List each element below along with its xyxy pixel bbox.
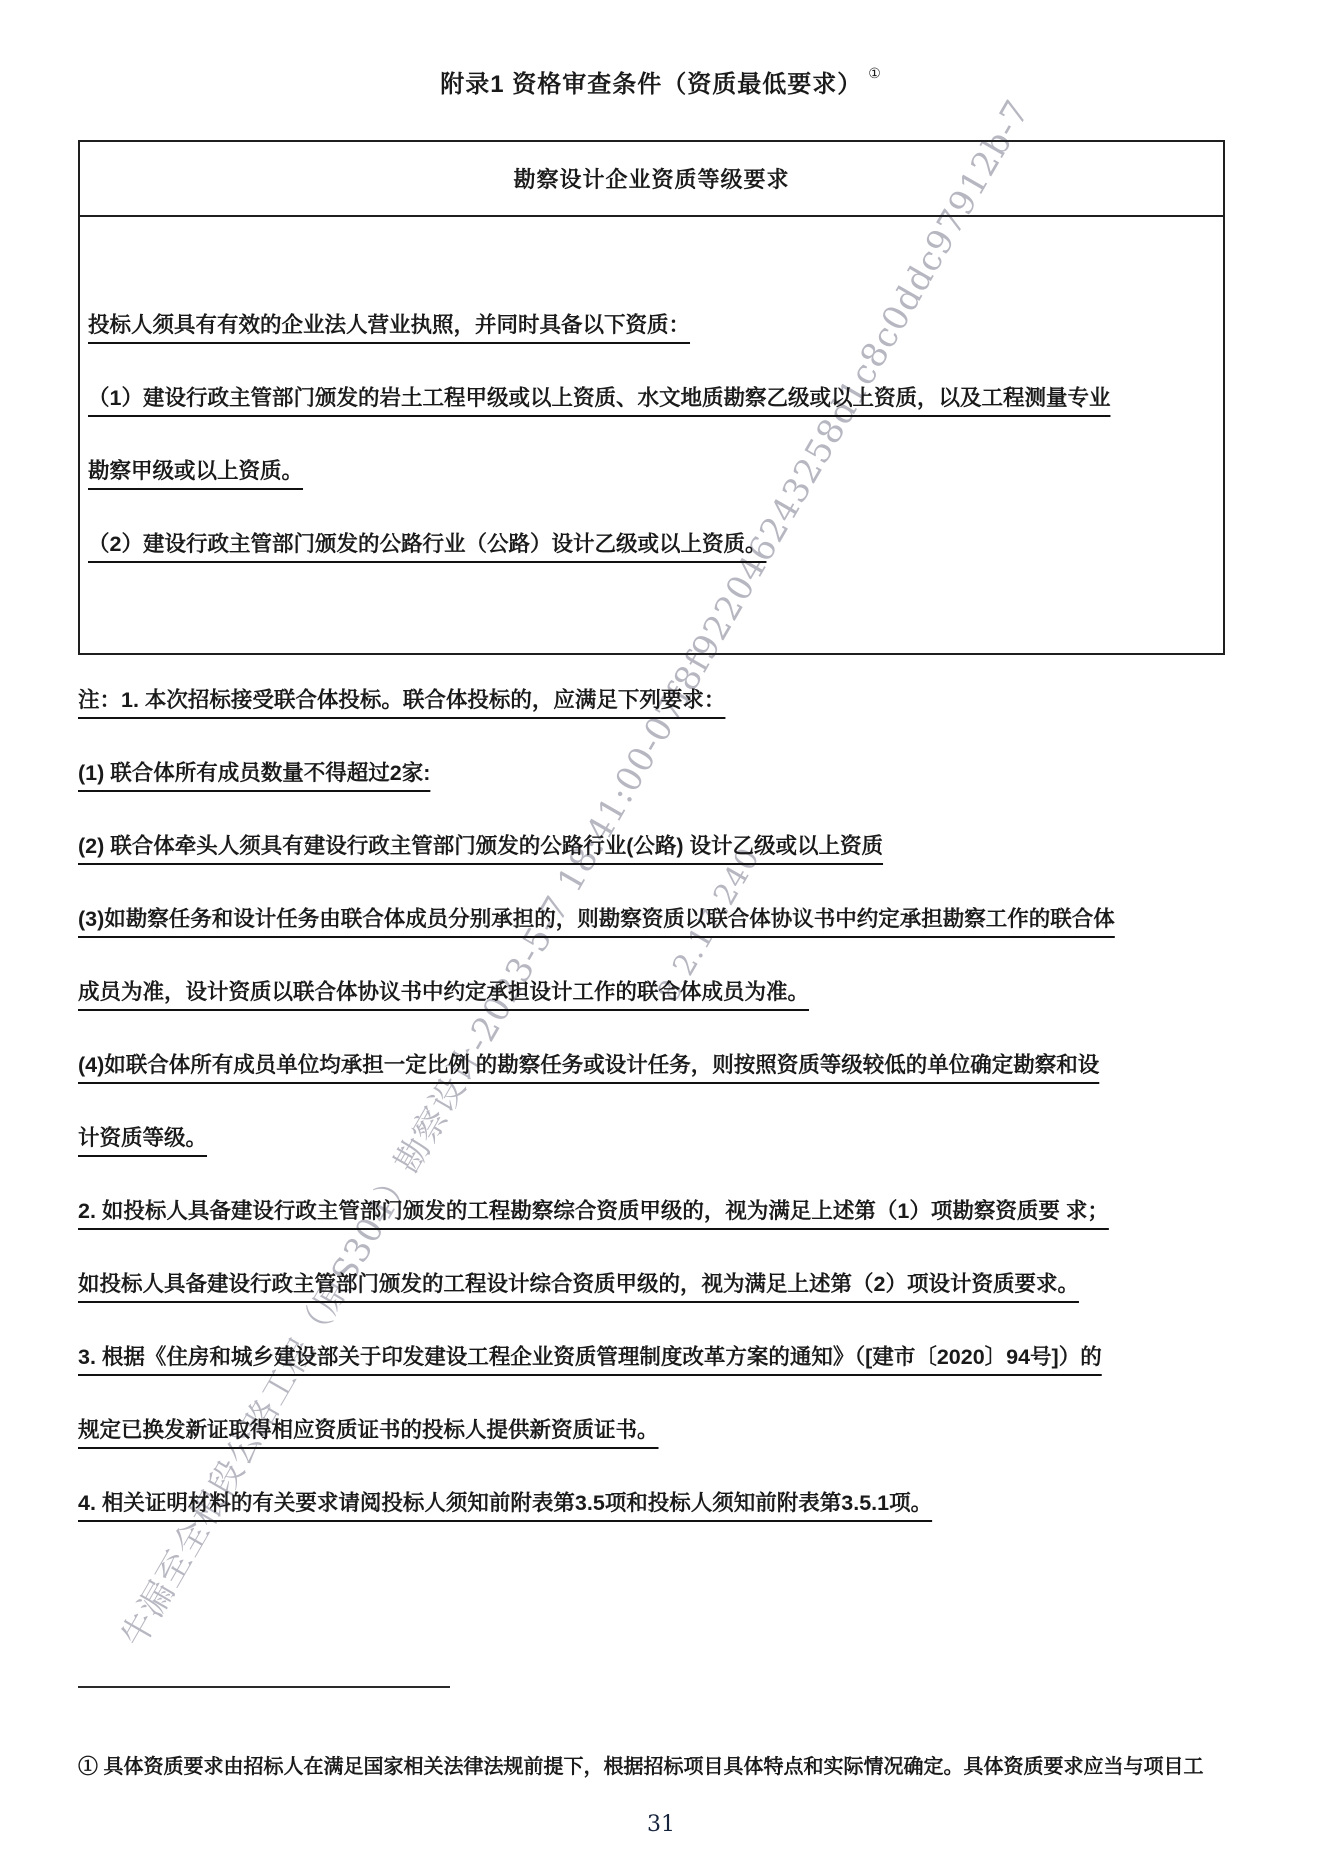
table-header-cell: 勘察设计企业资质等级要求 [80, 142, 1223, 217]
note-line: 3. 根据《住房和城乡建设部关于印发建设工程企业资质管理制度改革方案的通知》（[… [78, 1321, 1248, 1394]
note-line: 计资质等级。 [78, 1102, 1248, 1175]
qualification-table: 勘察设计企业资质等级要求 投标人须具有有效的企业法人营业执照，并同时具备以下资质… [78, 140, 1225, 655]
table-body-line: （2）建设行政主管部门颁发的公路行业（公路）设计乙级或以上资质。 [88, 508, 1217, 581]
page-title: 附录1 资格审查条件（资质最低要求）① [0, 64, 1322, 99]
note-line: (4)如联合体所有成员单位均承担一定比例 的勘察任务或设计任务，则按照资质等级较… [78, 1029, 1248, 1102]
note-line: 2. 如投标人具备建设行政主管部门颁发的工程勘察综合资质甲级的，视为满足上述第（… [78, 1175, 1248, 1248]
notes-section: 注：1. 本次招标接受联合体投标。联合体投标的，应满足下列要求： (1) 联合体… [78, 664, 1248, 1540]
page-number: 31 [0, 1812, 1322, 1837]
page-title-text: 附录1 资格审查条件（资质最低要求） [440, 71, 862, 98]
note-line: 如投标人具备建设行政主管部门颁发的工程设计综合资质甲级的，视为满足上述第（2）项… [78, 1248, 1248, 1321]
table-body-cell: 投标人须具有有效的企业法人营业执照，并同时具备以下资质： （1）建设行政主管部门… [80, 217, 1223, 581]
table-body-line: 勘察甲级或以上资质。 [88, 435, 1217, 508]
footnote-marker-superscript: ① [868, 65, 882, 81]
note-line: 4. 相关证明材料的有关要求请阅投标人须知前附表第3.5项和投标人须知前附表第3… [78, 1467, 1248, 1540]
footnote-separator-line [78, 1686, 450, 1688]
note-line: 注：1. 本次招标接受联合体投标。联合体投标的，应满足下列要求： [78, 664, 1248, 737]
note-line: (2) 联合体牵头人须具有建设行政主管部门颁发的公路行业(公路) 设计乙级或以上… [78, 810, 1248, 883]
table-body-line: 投标人须具有有效的企业法人营业执照，并同时具备以下资质： [88, 289, 1217, 362]
note-line: (1) 联合体所有成员数量不得超过2家: [78, 737, 1248, 810]
document-page: 牛漏至全根段公路工程（原S304）勘察设计-2023-5-7 18:41:00-… [0, 0, 1322, 1871]
note-line: (3)如勘察任务和设计任务由联合体成员分别承担的，则勘察资质以联合体协议书中约定… [78, 883, 1248, 956]
note-line: 规定已换发新证取得相应资质证书的投标人提供新资质证书。 [78, 1394, 1248, 1467]
note-line: 成员为准，设计资质以联合体协议书中约定承担设计工作的联合体成员为准。 [78, 956, 1248, 1029]
footnote-text: ① 具体资质要求由招标人在满足国家相关法律法规前提下，根据招标项目具体特点和实际… [78, 1752, 1258, 1782]
table-body-line: （1）建设行政主管部门颁发的岩土工程甲级或以上资质、水文地质勘察乙级或以上资质，… [88, 362, 1217, 435]
